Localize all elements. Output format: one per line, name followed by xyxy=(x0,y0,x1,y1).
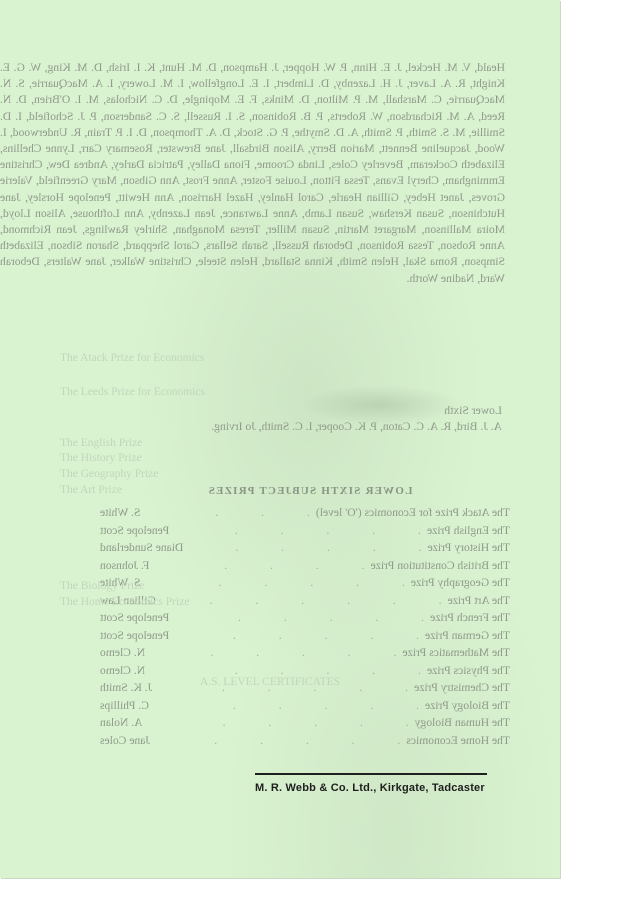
reverse-side-ghost-text: The Home Economics Prize xyxy=(60,596,189,608)
scanned-page: Heald, V. M. Heckel, J. E. Hinn, P. W. H… xyxy=(0,0,560,878)
names-paragraph: Heald, V. M. Heckel, J. E. Hinn, P. W. H… xyxy=(0,60,505,287)
prize-row: The History Prize. . . . . . . . . . . .… xyxy=(100,539,510,557)
reverse-side-ghost-text: The Geography Prize xyxy=(60,468,158,480)
printer-credit: M. R. Webb & Co. Ltd., Kirkgate, Tadcast… xyxy=(255,782,487,794)
prize-label: The German Prize xyxy=(425,627,510,645)
leader-dots: . . . . . . . . . . . . xyxy=(196,574,405,592)
prize-label: The Biology Prize xyxy=(425,697,510,715)
prize-winner: Diane Sunderland xyxy=(100,539,190,557)
footer-rule xyxy=(255,773,487,775)
leader-dots: . . . . . . . . . . . . xyxy=(196,522,421,540)
reverse-side-ghost-text: A.S. LEVEL CERTIFICATES xyxy=(200,676,340,688)
prize-winner: Penelope Scott xyxy=(100,609,190,627)
prize-row: The Biology Prize. . . . . . . . . . . .… xyxy=(100,697,510,715)
section-title: LOWER SIXTH SUBJECT PRIZES xyxy=(110,485,510,497)
form-names: A. J. Bird, R. A. C. Caton, P. K. Cooper… xyxy=(211,420,502,433)
prize-list: The Atack Prize for Economics ('O' level… xyxy=(100,504,510,749)
prize-label: The British Constitution Prize xyxy=(371,557,510,575)
prize-label: The English Prize xyxy=(427,522,510,540)
prize-row: The Home Economics. . . . . . . . . . . … xyxy=(100,732,510,750)
prize-row: The Geography Prize. . . . . . . . . . .… xyxy=(100,574,510,592)
leader-dots: . . . . . . . . . . . . xyxy=(196,592,442,610)
reverse-side-ghost-text: The Atack Prize for Economics xyxy=(60,352,204,364)
prize-winner: J. K. Smith xyxy=(100,679,190,697)
prize-label: The Geography Prize xyxy=(411,574,510,592)
leader-dots: . . . . . . . . . . . . xyxy=(196,539,422,557)
leader-dots: . . . . . . . . . . . . xyxy=(196,504,310,522)
prize-label: The French Prize xyxy=(430,609,510,627)
reverse-side-ghost-text: The English Prize xyxy=(60,437,142,449)
prize-winner: C. Phillips xyxy=(100,697,190,715)
leader-dots: . . . . . . . . . . . . xyxy=(196,644,396,662)
prize-row: The British Constitution Prize. . . . . … xyxy=(100,557,510,575)
prize-winner: Penelope Scott xyxy=(100,627,190,645)
prize-winner: N. Clemo xyxy=(100,644,190,662)
form-heading: Lower Sixth xyxy=(444,404,502,417)
prize-winner: N. Clemo xyxy=(100,662,190,680)
reverse-side-ghost-text: The History Prize xyxy=(60,452,142,464)
prize-row: The Atack Prize for Economics ('O' level… xyxy=(100,504,510,522)
reverse-side-ghost-text: The Leeds Prize for Economics xyxy=(60,386,205,398)
prize-label: The Mathematics Prize xyxy=(402,644,510,662)
leader-dots: . . . . . . . . . . . . xyxy=(196,714,409,732)
prize-row: The English Prize. . . . . . . . . . . .… xyxy=(100,522,510,540)
printer-footer: M. R. Webb & Co. Ltd., Kirkgate, Tadcast… xyxy=(255,773,487,794)
prize-row: The Human Biology. . . . . . . . . . . .… xyxy=(100,714,510,732)
prize-row: The French Prize. . . . . . . . . . . .P… xyxy=(100,609,510,627)
prize-winner: Jane Coles xyxy=(100,732,190,750)
prize-label: The Atack Prize for Economics ('O' level… xyxy=(316,504,510,522)
prize-label: The History Prize xyxy=(428,539,510,557)
leader-dots: . . . . . . . . . . . . xyxy=(196,557,365,575)
prize-label: The Human Biology xyxy=(415,714,510,732)
prize-winner: Penelope Scott xyxy=(100,522,190,540)
leader-dots: . . . . . . . . . . . . xyxy=(196,609,424,627)
leader-dots: . . . . . . . . . . . . xyxy=(196,627,419,645)
leader-dots: . . . . . . . . . . . . xyxy=(196,697,419,715)
prize-label: The Chemistry Prize xyxy=(414,679,510,697)
prize-label: The Art Prize xyxy=(448,592,510,610)
prize-winner: S. White xyxy=(100,504,190,522)
prize-row: The Mathematics Prize. . . . . . . . . .… xyxy=(100,644,510,662)
prize-label: The Home Economics xyxy=(406,732,510,750)
reverse-side-ghost-text: The Biology Prize xyxy=(60,580,144,592)
prize-label: The Physics Prize xyxy=(427,662,510,680)
prize-row: The German Prize. . . . . . . . . . . .P… xyxy=(100,627,510,645)
prize-winner: A. Nolan xyxy=(100,714,190,732)
reverse-side-ghost-text: The Art Prize xyxy=(60,484,122,496)
prize-winner: F. Johnson xyxy=(100,557,190,575)
leader-dots: . . . . . . . . . . . . xyxy=(196,732,400,750)
names-list-text: Heald, V. M. Heckel, J. E. Hinn, P. W. H… xyxy=(0,60,505,287)
